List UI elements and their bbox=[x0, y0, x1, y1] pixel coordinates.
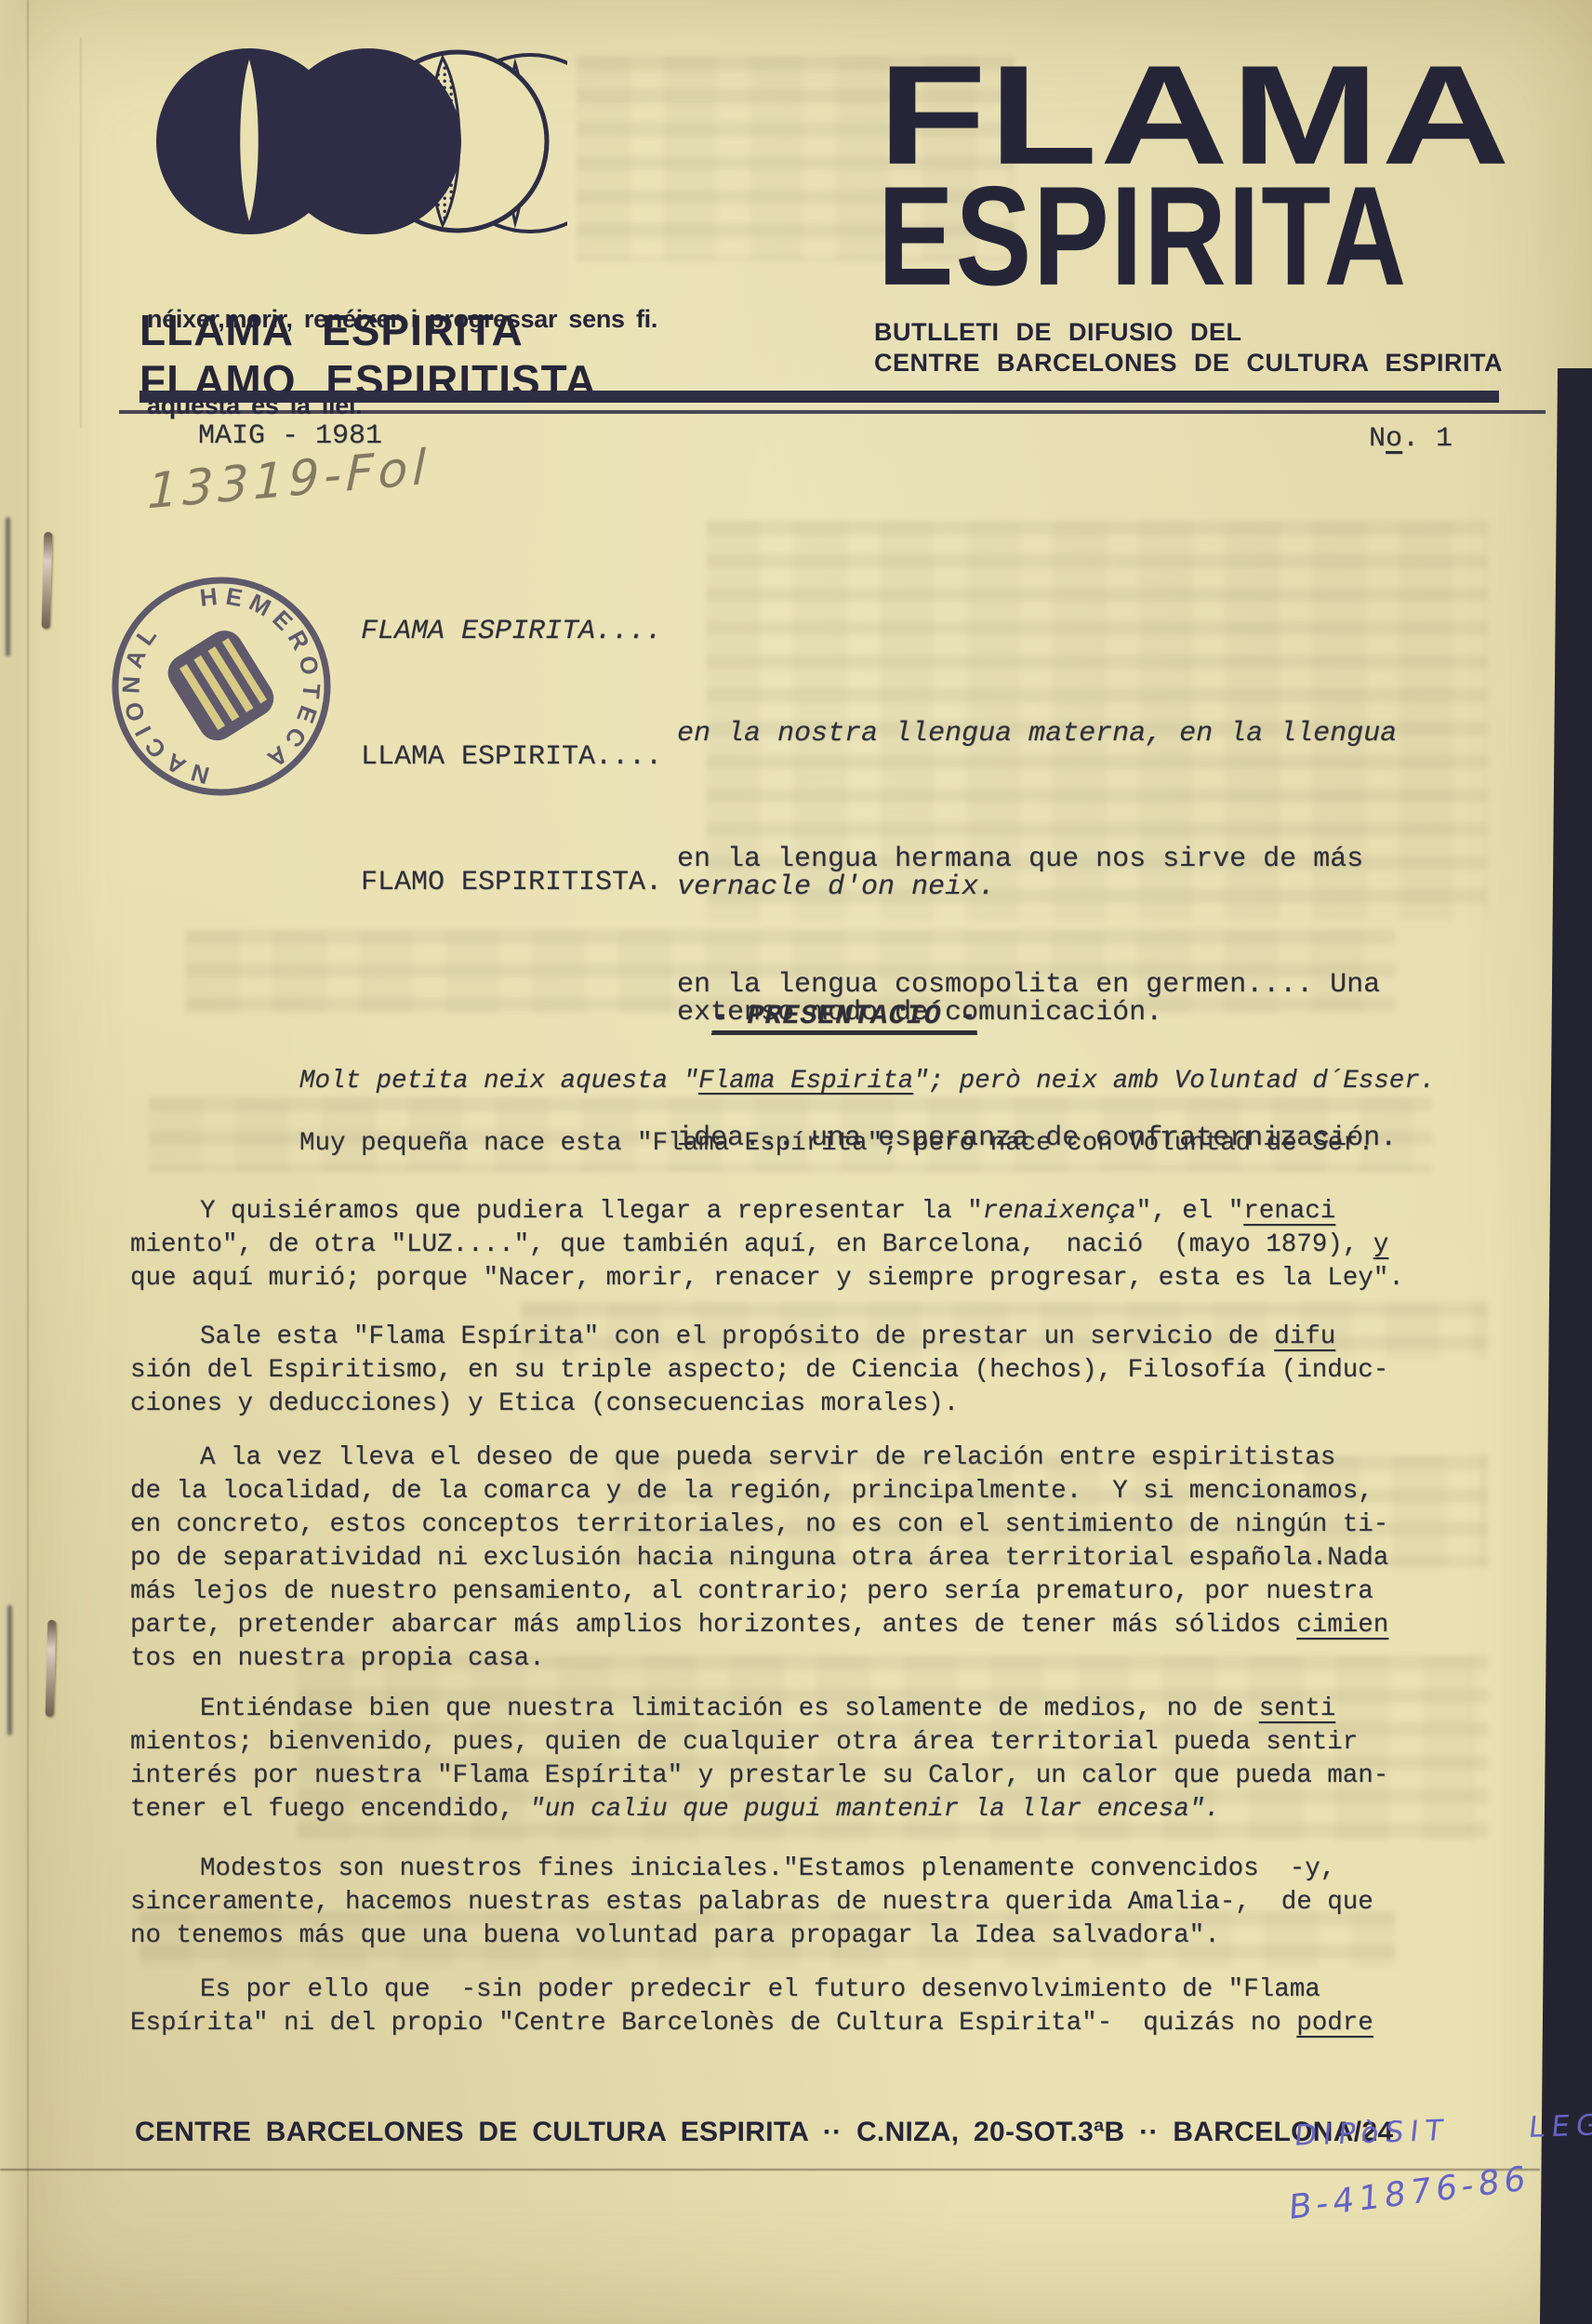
p5-l4-pre: tener el fuego encendido, bbox=[130, 1795, 529, 1824]
paragraph-line: Es por ello que -sin poder predecir el f… bbox=[200, 1973, 1320, 2007]
p5-l1-end: senti bbox=[1259, 1694, 1336, 1723]
page-fold-crease bbox=[80, 37, 82, 428]
issue-number-o: o bbox=[1386, 423, 1402, 455]
footer-rule bbox=[0, 2169, 1540, 2171]
paragraph-line: interés por nuestra "Flama Espírita" y p… bbox=[130, 1760, 1388, 1793]
newsletter-title-line2: ESPIRITA bbox=[878, 166, 1408, 307]
paragraph-line: de la localidad, de la comarca y de la r… bbox=[130, 1475, 1373, 1508]
spine-shadow bbox=[7, 1605, 12, 1735]
paragraph-line: mientos; bienvenido, pues, quien de cual… bbox=[130, 1726, 1358, 1760]
p2-l2-end: y bbox=[1373, 1230, 1389, 1259]
page-right-edge bbox=[1540, 368, 1592, 2324]
p3-l1-pre: Sale esta "Flama Espírita" con el propós… bbox=[200, 1322, 1274, 1351]
paragraph-line: miento", de otra "LUZ....", que también … bbox=[130, 1228, 1388, 1262]
paragraph-line: tener el fuego encendido, "un caliu que … bbox=[130, 1793, 1220, 1826]
paragraph-line: parte, pretender abarcar más amplios hor… bbox=[130, 1609, 1388, 1642]
paragraph-line: Entiéndase bien que nuestra limitación e… bbox=[200, 1693, 1335, 1726]
masthead-rule-thin bbox=[119, 410, 1546, 414]
intro-cat-pre: Molt petita neix aquesta " bbox=[299, 1067, 698, 1096]
p4-l6-pre: parte, pretender abarcar más amplios hor… bbox=[130, 1611, 1296, 1640]
footer-address: CENTRE BARCELONES DE CULTURA ESPIRITA ··… bbox=[135, 2117, 1393, 2148]
p2-l2-pre: miento", de otra "LUZ....", que también … bbox=[130, 1230, 1373, 1259]
paragraph-line: en concreto, estos conceptos territorial… bbox=[130, 1508, 1388, 1542]
spine-shadow bbox=[6, 517, 10, 657]
intro-cat-underlined: Flama Espirita bbox=[698, 1067, 913, 1096]
paragraph-line: Sale esta "Flama Espírita" con el propós… bbox=[200, 1321, 1335, 1354]
paragraph-line: Modestos son nuestros fines iniciales."E… bbox=[200, 1853, 1335, 1886]
paragraph-line: que aquí murió; porque "Nacer, morir, re… bbox=[130, 1262, 1404, 1295]
paragraph-line: más lejos de nuestro pensamiento, al con… bbox=[130, 1575, 1373, 1609]
p2-l1-italic: renaixença bbox=[983, 1197, 1136, 1226]
hemeroteca-nacional-stamp-icon: HEMEROTECA NACIONAL bbox=[91, 556, 352, 817]
paragraph-line: sión del Espiritismo, en su triple aspec… bbox=[130, 1354, 1388, 1388]
p5-l1-pre: Entiéndase bien que nuestra limitación e… bbox=[200, 1694, 1259, 1723]
masthead-rule-thick bbox=[139, 391, 1499, 403]
paragraph-line: po de separatividad ni exclusión hacia n… bbox=[130, 1542, 1388, 1575]
p2-l1-pre: Y quisiéramos que pudiera llegar a repre… bbox=[200, 1197, 983, 1226]
paragraph-line: sinceramente, hacemos nuestras estas pal… bbox=[130, 1886, 1373, 1919]
p5-l4-italic: "un caliu que pugui mantenir la llar enc… bbox=[529, 1795, 1220, 1824]
newsletter-subtitle-line1: BUTLLETI DE DIFUSIO DEL bbox=[874, 318, 1242, 347]
issue-number-n: N bbox=[1369, 423, 1386, 455]
paragraph-line: Espírita" ni del propio "Centre Barcelon… bbox=[130, 2007, 1373, 2040]
p4-l6-end: cimien bbox=[1296, 1611, 1388, 1640]
masthead-circles-logo-icon bbox=[130, 33, 567, 257]
glossary-label-llama: LLAMA ESPIRITA.... bbox=[361, 732, 662, 783]
page-fold-crease bbox=[27, 0, 29, 2324]
p2-l1-mid: ", el " bbox=[1136, 1197, 1244, 1226]
intro-line-spanish: Muy pequeña nace esta "Flama Espírita"; … bbox=[299, 1127, 1373, 1161]
issue-number: No. 1 bbox=[1369, 423, 1453, 455]
paragraph-line: tos en nuestra propia casa. bbox=[130, 1642, 545, 1676]
paragraph-line: Y quisiéramos que pudiera llegar a repre… bbox=[200, 1195, 1335, 1228]
p7-l2-end: podre bbox=[1296, 2009, 1373, 2038]
intro-cat-post: "; però neix amb Voluntad d´Esser. bbox=[913, 1067, 1435, 1096]
issue-number-rest: . 1 bbox=[1402, 423, 1453, 455]
newsletter-subtitle-line2: CENTRE BARCELONES DE CULTURA ESPIRITA bbox=[874, 349, 1503, 378]
section-heading-text: - PRESENTACIÓ - bbox=[711, 1001, 976, 1035]
staple-icon bbox=[42, 532, 53, 629]
stamp-emblem bbox=[161, 624, 281, 748]
glossary-label-flama: FLAMA ESPIRITA.... bbox=[361, 606, 662, 657]
section-heading: - PRESENTACIÓ - bbox=[130, 969, 1488, 1067]
paragraph-line: no tenemos más que una buena voluntad pa… bbox=[130, 1919, 1220, 1953]
glossary-label-flamo: FLAMO ESPIRITISTA. bbox=[361, 857, 662, 909]
p3-l1-end: difu bbox=[1274, 1322, 1335, 1351]
paragraph-line: A la vez lleva el deseo de que pueda ser… bbox=[200, 1441, 1335, 1475]
alt-title-llama: LLAMA ESPIRITA bbox=[139, 305, 524, 355]
scanned-newsletter-page: néixer,morir, renéixer i progressar sens… bbox=[0, 0, 1592, 2324]
paragraph-line: ciones y deducciones) y Etica (consecuen… bbox=[130, 1388, 959, 1421]
p2-l1-end: renaci bbox=[1243, 1197, 1335, 1226]
p7-l2-pre: Espírita" ni del propio "Centre Barcelon… bbox=[130, 2009, 1296, 2038]
staple-icon bbox=[46, 1620, 57, 1717]
intro-line-catalan: Molt petita neix aquesta "Flama Espirita… bbox=[299, 1065, 1435, 1098]
